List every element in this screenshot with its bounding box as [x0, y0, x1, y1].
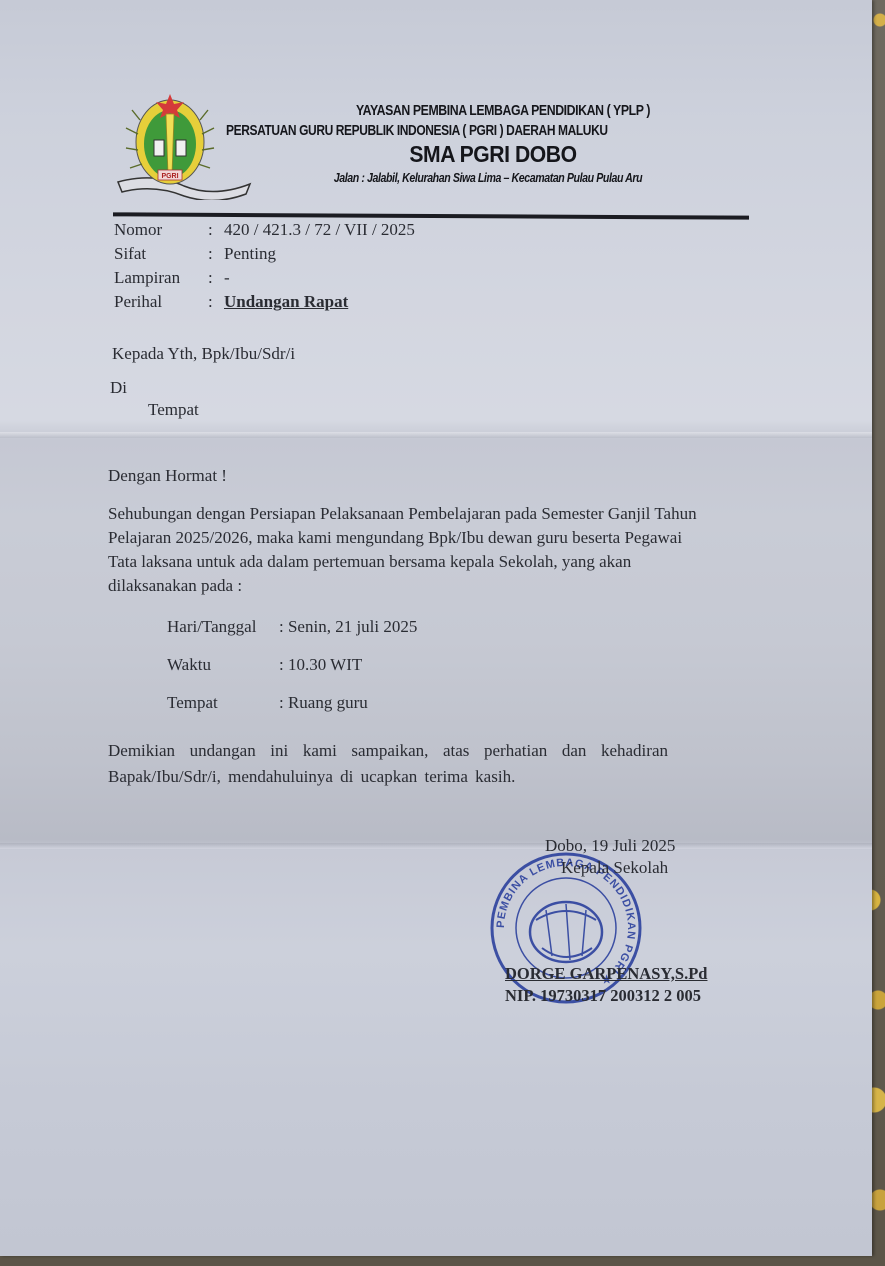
- detail-row-time: Waktu : 10.30 WIT: [167, 655, 417, 693]
- letter-paper: PGRI YAYASAN PEMBINA LEMBAGA PENDIDIKAN …: [0, 0, 872, 1256]
- meta-value: Penting: [224, 244, 276, 264]
- recipient-di: Di: [110, 378, 127, 398]
- school-name: SMA PGRI DOBO: [249, 141, 737, 168]
- detail-row-date: Hari/Tanggal : Senin, 21 juli 2025: [167, 617, 417, 655]
- meta-colon: :: [208, 244, 224, 264]
- letterhead-divider: [113, 212, 749, 219]
- meta-row-lampiran: Lampiran : -: [114, 268, 415, 292]
- meta-label: Lampiran: [114, 268, 208, 288]
- detail-row-place: Tempat : Ruang guru: [167, 693, 417, 731]
- sign-title: Kepala Sekolah: [561, 858, 668, 878]
- meta-colon: :: [208, 292, 224, 312]
- greeting: Dengan Hormat !: [108, 466, 227, 486]
- meta-colon: :: [208, 220, 224, 240]
- detail-value: : Ruang guru: [279, 693, 368, 713]
- letter-meta: Nomor : 420 / 421.3 / 72 / VII / 2025 Si…: [114, 220, 415, 316]
- meta-label: Nomor: [114, 220, 208, 240]
- sign-place-date: Dobo, 19 Juli 2025: [545, 836, 675, 856]
- signatory-name: DORGE GARPENASY,S.Pd: [505, 964, 707, 984]
- recipient-line: Kepada Yth, Bpk/Ibu/Sdr/i: [112, 344, 295, 364]
- body-line: dilaksanakan pada :: [108, 574, 768, 598]
- detail-label: Waktu: [167, 655, 279, 675]
- meta-value: -: [224, 268, 230, 288]
- school-address: Jalan : Jalabil, Kelurahan Siwa Lima – K…: [259, 171, 718, 185]
- letterhead: YAYASAN PEMBINA LEMBAGA PENDIDIKAN ( YPL…: [228, 102, 758, 185]
- svg-text:PGRI: PGRI: [161, 173, 178, 180]
- detail-value: : 10.30 WIT: [279, 655, 362, 675]
- meta-label: Sifat: [114, 244, 208, 264]
- detail-value: : Senin, 21 juli 2025: [279, 617, 417, 637]
- meta-colon: :: [208, 268, 224, 288]
- meta-row-sifat: Sifat : Penting: [114, 244, 415, 268]
- body-line: Sehubungan dengan Persiapan Pelaksanaan …: [108, 502, 768, 526]
- meta-row-perihal: Perihal : Undangan Rapat: [114, 292, 415, 316]
- detail-label: Tempat: [167, 693, 279, 713]
- signatory-nip: NIP. 19730317 200312 2 005: [505, 986, 701, 1006]
- meta-value: 420 / 421.3 / 72 / VII / 2025: [224, 220, 415, 240]
- foundation-name: YAYASAN PEMBINA LEMBAGA PENDIDIKAN ( YPL…: [294, 102, 712, 119]
- meta-row-nomor: Nomor : 420 / 421.3 / 72 / VII / 2025: [114, 220, 415, 244]
- meeting-details: Hari/Tanggal : Senin, 21 juli 2025 Waktu…: [167, 617, 417, 731]
- recipient-place: Tempat: [148, 400, 199, 420]
- organization-name: PERSATUAN GURU REPUBLIK INDONESIA ( PGRI…: [226, 122, 652, 139]
- subject-value: Undangan Rapat: [224, 292, 348, 312]
- meta-label: Perihal: [114, 292, 208, 312]
- body-line: Tata laksana untuk ada dalam pertemuan b…: [108, 550, 768, 574]
- closing-paragraph: Demikian undangan ini kami sampaikan, at…: [108, 738, 668, 790]
- paper-fold-line: [0, 843, 872, 849]
- body-line: Pelajaran 2025/2026, maka kami mengundan…: [108, 526, 768, 550]
- paper-fold-line: [0, 432, 872, 438]
- detail-label: Hari/Tanggal: [167, 617, 279, 637]
- body-paragraph: Sehubungan dengan Persiapan Pelaksanaan …: [108, 502, 768, 598]
